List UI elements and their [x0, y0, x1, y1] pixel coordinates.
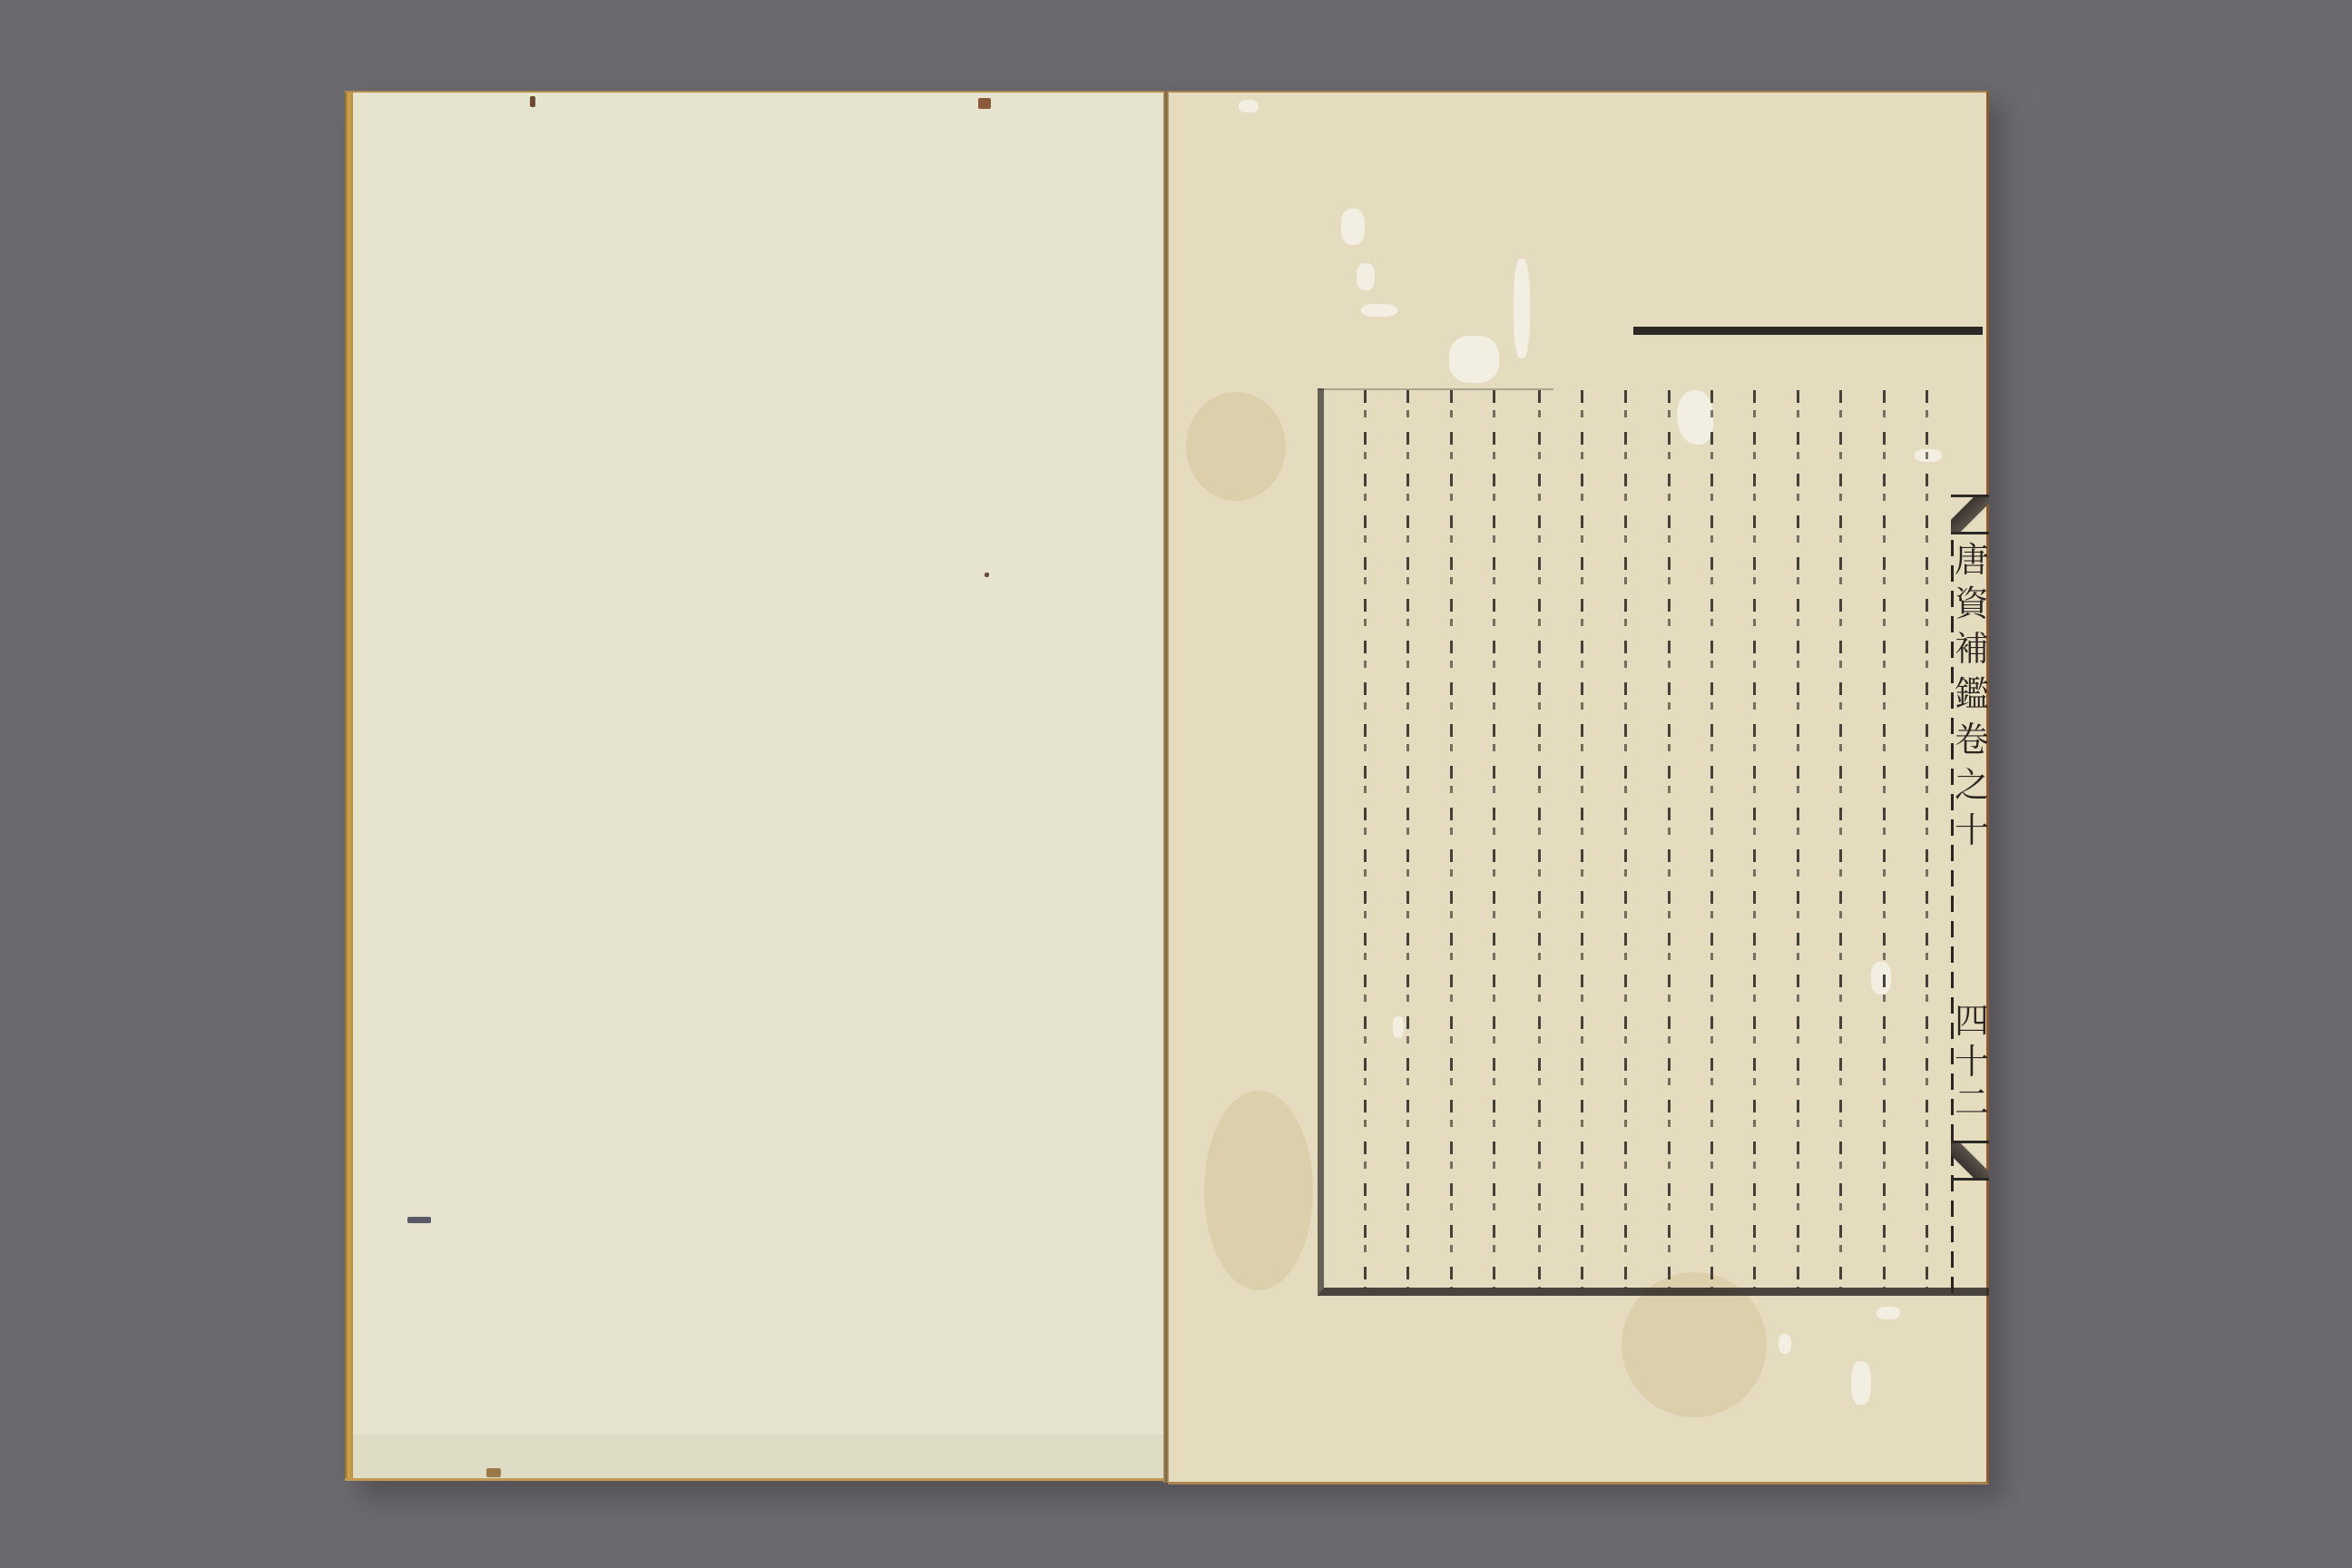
paper-stain: [1186, 392, 1286, 501]
left-page: [345, 91, 1166, 1481]
title-char: 之: [1955, 767, 1991, 803]
fishtail-mark-bottom: [1951, 1141, 1989, 1181]
column-rule: [1797, 390, 1799, 1289]
paper-flake: [1341, 209, 1365, 245]
paper-flake: [1779, 1334, 1791, 1354]
paper-mark: [978, 98, 991, 109]
column-rule: [1839, 390, 1842, 1289]
page-number-char: 十: [1955, 1044, 1991, 1080]
title-char: 唐: [1955, 542, 1991, 578]
column-rule: [1668, 390, 1671, 1289]
column-rule: [1406, 390, 1409, 1289]
title-char: 十: [1955, 812, 1991, 848]
paper-mark: [486, 1468, 501, 1477]
column-rule: [1753, 390, 1756, 1289]
page-number-char: 四: [1955, 1003, 1991, 1039]
paper-mark: [530, 96, 535, 107]
paper-flake: [1239, 100, 1259, 113]
frame-top-border: [1633, 327, 1983, 335]
title-char: 卷: [1955, 721, 1991, 758]
column-rule: [1581, 390, 1583, 1289]
paper-flake: [1851, 1361, 1871, 1405]
left-page-bottom-band: [353, 1435, 1166, 1478]
binding-strip: [345, 93, 353, 1478]
column-rule: [1926, 390, 1928, 1289]
paper-flake: [1877, 1307, 1900, 1319]
paper-flake: [1361, 304, 1397, 317]
paper-flake: [1449, 336, 1499, 383]
title-char: 鑑: [1955, 676, 1991, 712]
column-rule: [1450, 390, 1453, 1289]
title-strip: 唐 資 補 鑑 卷 之 十 四 十 二: [1951, 495, 1989, 1293]
paper-stain: [1204, 1091, 1313, 1290]
paper-mark: [407, 1217, 431, 1223]
fishtail-mark-top: [1951, 495, 1989, 534]
title-char: 補: [1955, 631, 1991, 667]
column-rule: [1493, 390, 1495, 1289]
paper-mark: [985, 573, 989, 577]
column-rule: [1883, 390, 1886, 1289]
paper-flake: [1514, 259, 1530, 358]
title-char: 資: [1955, 585, 1991, 622]
column-rule: [1538, 390, 1541, 1289]
paper-flake: [1357, 263, 1375, 290]
printed-frame: [1318, 388, 1989, 1296]
column-rule: [1710, 390, 1713, 1289]
column-rule: [1364, 390, 1367, 1289]
page-number-char: 二: [1955, 1084, 1991, 1121]
spine-gutter: [1163, 91, 1169, 1483]
column-rule: [1624, 390, 1627, 1289]
